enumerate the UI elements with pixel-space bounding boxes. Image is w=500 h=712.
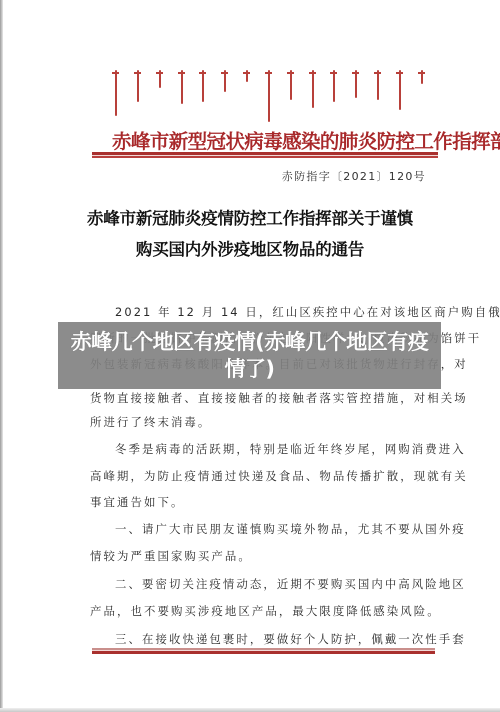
page-shadow-bottom — [0, 708, 500, 712]
mongolian-word — [353, 70, 359, 98]
body-line: 三、在接收快递包裹时，要做好个人防护，佩戴一次性手套 — [115, 631, 438, 647]
caption-text: 赤峰几个地区有疫情(赤峰几个地区有疫情了) — [70, 329, 430, 383]
mongolian-word — [200, 70, 206, 102]
organization-header: 赤峰市新型冠状病毒感染的肺炎防控工作指挥部 — [112, 126, 426, 154]
document-title-line-1: 赤峰市新冠肺炎疫情防控工作指挥部关于谨慎 — [60, 205, 440, 229]
body-line: 情较为严重国家购买产品。 — [90, 548, 438, 564]
mongolian-script-header — [113, 70, 425, 128]
mongolian-word — [244, 70, 250, 82]
mongolian-word — [288, 70, 294, 100]
mongolian-word — [419, 70, 425, 84]
body-line: 产品，也不要购买涉疫地区产品，最大限度降低感染风险。 — [90, 603, 438, 619]
mongolian-word — [135, 70, 141, 102]
body-line: 货物直接接触者、直接接触者的接触者落实管控措施，对相关场 — [90, 390, 438, 406]
caption-overlay: 赤峰几个地区有疫情(赤峰几个地区有疫情了) — [58, 322, 441, 389]
footer-red-rule — [92, 648, 435, 654]
body-line: 2021 年 12 月 14 日，红山区疾控中心在对该地区商户购自俄 — [115, 304, 438, 320]
mongolian-word — [113, 70, 119, 116]
body-line: 二、要密切关注疫情动态，近期不要购买国内中高风险地区 — [115, 576, 438, 592]
document-title-line-2: 购买国内外涉疫地区物品的通告 — [60, 236, 440, 260]
body-line: 冬季是病毒的活跃期，特别是临近年终岁尾，网购消费进入 — [115, 441, 438, 457]
body-line: 高峰期，为防止疫情通过快递及食品、物品传播扩散，现就有关 — [90, 468, 438, 484]
mongolian-word — [222, 70, 228, 92]
mongolian-word — [310, 70, 316, 108]
mongolian-word — [331, 70, 337, 102]
mongolian-word — [397, 70, 403, 110]
page-shadow-left — [0, 0, 3, 712]
body-line: 事宜通告如下。 — [90, 494, 438, 510]
header-red-rule — [92, 152, 438, 158]
body-line: 所进行了终末消毒。 — [90, 414, 438, 430]
mongolian-word — [157, 70, 163, 88]
mongolian-word — [179, 70, 185, 104]
mongolian-word — [266, 70, 272, 122]
document-number: 赤防指字〔2021〕120号 — [282, 168, 426, 184]
mongolian-word — [375, 70, 381, 100]
body-line: 一、请广大市民朋友谨慎购买境外物品，尤其不要从国外疫 — [115, 521, 438, 537]
